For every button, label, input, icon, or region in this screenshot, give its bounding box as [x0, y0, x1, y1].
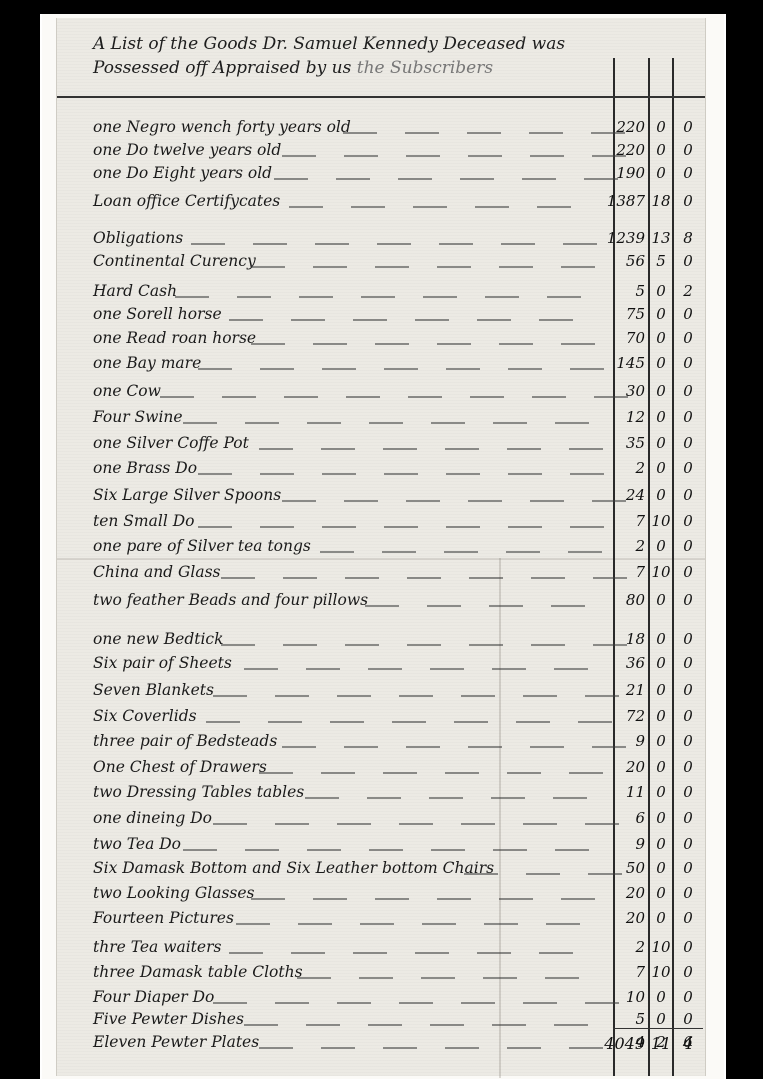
- item-pounds: 1387: [587, 192, 645, 210]
- filler-dash: [337, 1002, 371, 1004]
- list-item: One Chest of Drawers2000: [57, 758, 705, 782]
- filler-dash: [561, 266, 595, 268]
- item-shillings: 0: [650, 884, 672, 902]
- item-shillings: 0: [650, 141, 672, 159]
- title-line-2-faint: the Subscribers: [357, 58, 493, 78]
- item-shillings: 0: [650, 459, 672, 477]
- item-shillings: 0: [650, 909, 672, 927]
- filler-dash: [353, 952, 387, 954]
- filler-dash: [384, 473, 418, 475]
- filler-dash: [346, 396, 380, 398]
- filler-dash: [344, 746, 378, 748]
- filler-dash: [532, 396, 566, 398]
- item-label: one Read roan horse: [93, 329, 256, 347]
- filler-dash: [305, 797, 339, 799]
- filler-dash: [437, 266, 471, 268]
- item-shillings: 5: [650, 252, 672, 270]
- filler-dash: [461, 1002, 495, 1004]
- filler-dash: [251, 898, 285, 900]
- filler-dash: [306, 668, 340, 670]
- list-item: Hard Cash502: [57, 282, 705, 306]
- item-shillings: 0: [650, 382, 672, 400]
- item-label: Five Pewter Dishes: [93, 1010, 244, 1028]
- filler-dash: [492, 1024, 526, 1026]
- filler-dash: [568, 551, 602, 553]
- item-pence: 2: [677, 282, 699, 300]
- filler-dash: [284, 396, 318, 398]
- filler-dash: [430, 1024, 464, 1026]
- filler-dash: [236, 923, 270, 925]
- filler-dash: [405, 132, 439, 134]
- item-pence: 8: [677, 229, 699, 247]
- item-pounds: 80: [587, 591, 645, 609]
- filler-dash: [251, 343, 285, 345]
- total-rule: [613, 1028, 703, 1029]
- filler-dash: [593, 644, 627, 646]
- item-label: one Sorell horse: [93, 305, 222, 323]
- item-label: one new Bedtick: [93, 630, 224, 648]
- item-label: two feather Beads and four pillows: [93, 591, 368, 609]
- item-label: three pair of Bedsteads: [93, 732, 277, 750]
- filler-dash: [423, 296, 457, 298]
- filler-dash: [365, 605, 399, 607]
- item-pence: 0: [677, 486, 699, 504]
- filler-dash: [446, 473, 480, 475]
- title-line-2: Possessed off Appraised by us the Subscr…: [93, 56, 653, 80]
- filler-dash: [399, 1002, 433, 1004]
- filler-dash: [283, 644, 317, 646]
- filler-dash: [477, 319, 511, 321]
- filler-dash: [460, 178, 494, 180]
- filler-dash: [259, 448, 293, 450]
- filler-dash: [570, 473, 604, 475]
- item-label: one Cow: [93, 382, 161, 400]
- filler-dash: [229, 952, 263, 954]
- filler-dash: [484, 923, 518, 925]
- filler-dash: [191, 243, 225, 245]
- filler-dash: [592, 155, 626, 157]
- filler-dash: [413, 206, 447, 208]
- list-item: thre Tea waiters2100: [57, 938, 705, 962]
- filler-dash: [444, 551, 478, 553]
- filler-dash: [382, 551, 416, 553]
- filler-dash: [213, 695, 247, 697]
- filler-dash: [406, 746, 440, 748]
- filler-dash: [506, 551, 540, 553]
- item-label: one dineing Do: [93, 809, 212, 827]
- filler-dash: [461, 695, 495, 697]
- item-shillings: 0: [650, 783, 672, 801]
- list-item: two Looking Glasses2000: [57, 884, 705, 908]
- item-label: two Looking Glasses: [93, 884, 255, 902]
- filler-dash: [343, 132, 377, 134]
- item-pounds: 5: [587, 282, 645, 300]
- filler-dash: [407, 644, 441, 646]
- filler-dash: [183, 849, 217, 851]
- filler-dash: [367, 797, 401, 799]
- filler-dash: [299, 296, 333, 298]
- filler-dash: [260, 368, 294, 370]
- filler-dash: [260, 473, 294, 475]
- item-label: one Do twelve years old: [93, 141, 281, 159]
- item-shillings: 0: [650, 681, 672, 699]
- filler-dash: [470, 396, 504, 398]
- filler-dash: [206, 721, 240, 723]
- paper-sheet: A List of the Goods Dr. Samuel Kennedy D…: [56, 18, 706, 1076]
- filler-dash: [291, 952, 325, 954]
- list-item: two feather Beads and four pillows8000: [57, 591, 705, 615]
- item-label: Six pair of Sheets: [93, 654, 232, 672]
- item-shillings: 0: [650, 988, 672, 1006]
- list-item: one Cow3000: [57, 382, 705, 406]
- filler-dash: [282, 500, 316, 502]
- filler-dash: [322, 526, 356, 528]
- list-item: Loan office Certifycates1387180: [57, 192, 705, 216]
- filler-dash: [584, 178, 618, 180]
- list-item: one Sorell horse7500: [57, 305, 705, 329]
- list-item: Four Swine1200: [57, 408, 705, 432]
- filler-dash: [275, 695, 309, 697]
- item-shillings: 10: [650, 563, 672, 581]
- item-pounds: 56: [587, 252, 645, 270]
- filler-dash: [375, 266, 409, 268]
- filler-dash: [322, 368, 356, 370]
- filler-dash: [336, 178, 370, 180]
- filler-dash: [475, 206, 509, 208]
- filler-dash: [398, 178, 432, 180]
- list-item: three Damask table Cloths7100: [57, 963, 705, 987]
- item-pounds: 75: [587, 305, 645, 323]
- item-shillings: 13: [650, 229, 672, 247]
- item-shillings: 0: [650, 732, 672, 750]
- filler-dash: [437, 898, 471, 900]
- list-item: one new Bedtick1800: [57, 630, 705, 654]
- filler-dash: [392, 721, 426, 723]
- item-pence: 0: [677, 909, 699, 927]
- filler-dash: [275, 1002, 309, 1004]
- filler-dash: [469, 644, 503, 646]
- filler-dash: [344, 500, 378, 502]
- item-shillings: 0: [650, 305, 672, 323]
- filler-dash: [591, 132, 625, 134]
- filler-dash: [306, 1024, 340, 1026]
- item-shillings: 10: [650, 963, 672, 981]
- filler-dash: [468, 155, 502, 157]
- item-label: Six Damask Bottom and Six Leather bottom…: [93, 859, 494, 877]
- filler-dash: [530, 500, 564, 502]
- item-label: Fourteen Pictures: [93, 909, 234, 927]
- filler-dash: [431, 422, 465, 424]
- item-pounds: 11: [587, 783, 645, 801]
- item-label: two Tea Do: [93, 835, 181, 853]
- filler-dash: [368, 668, 402, 670]
- filler-dash: [508, 473, 542, 475]
- item-pounds: 7: [587, 963, 645, 981]
- filler-dash: [461, 823, 495, 825]
- item-shillings: 0: [650, 354, 672, 372]
- item-label: Six Large Silver Spoons: [93, 486, 281, 504]
- list-item: one dineing Do600: [57, 809, 705, 833]
- filler-dash: [439, 243, 473, 245]
- filler-dash: [307, 422, 341, 424]
- filler-dash: [198, 526, 232, 528]
- filler-dash: [446, 368, 480, 370]
- filler-dash: [383, 448, 417, 450]
- filler-dash: [508, 368, 542, 370]
- list-item: Six Damask Bottom and Six Leather bottom…: [57, 859, 705, 883]
- filler-dash: [383, 772, 417, 774]
- filler-dash: [555, 422, 589, 424]
- list-item: Continental Curency5650: [57, 252, 705, 276]
- list-item: Six pair of Sheets3600: [57, 654, 705, 678]
- item-label: two Dressing Tables tables: [93, 783, 304, 801]
- item-pounds: 5: [587, 1010, 645, 1028]
- item-shillings: 10: [650, 938, 672, 956]
- item-label: One Chest of Drawers: [93, 758, 267, 776]
- item-shillings: 0: [650, 835, 672, 853]
- filler-dash: [529, 132, 563, 134]
- list-item: Seven Blankets2100: [57, 681, 705, 705]
- filler-dash: [551, 605, 585, 607]
- filler-dash: [469, 577, 503, 579]
- item-pence: 0: [677, 758, 699, 776]
- filler-dash: [531, 577, 565, 579]
- item-pence: 0: [677, 537, 699, 555]
- filler-dash: [321, 772, 355, 774]
- filler-dash: [522, 178, 556, 180]
- filler-dash: [593, 577, 627, 579]
- document-title: A List of the Goods Dr. Samuel Kennedy D…: [93, 32, 653, 80]
- filler-dash: [569, 772, 603, 774]
- filler-dash: [361, 296, 395, 298]
- filler-dash: [585, 695, 619, 697]
- list-item: one Brass Do200: [57, 459, 705, 483]
- filler-dash: [468, 500, 502, 502]
- item-label: one Brass Do: [93, 459, 197, 477]
- item-label: one Silver Coffe Pot: [93, 434, 249, 452]
- item-pence: 0: [677, 434, 699, 452]
- filler-dash: [499, 343, 533, 345]
- filler-dash: [369, 422, 403, 424]
- filler-dash: [537, 206, 571, 208]
- item-pence: 0: [677, 859, 699, 877]
- filler-dash: [406, 500, 440, 502]
- item-pence: 0: [677, 459, 699, 477]
- filler-dash: [244, 1024, 278, 1026]
- item-label: ten Small Do: [93, 512, 194, 530]
- item-shillings: 0: [650, 329, 672, 347]
- filler-dash: [545, 977, 579, 979]
- filler-dash: [322, 473, 356, 475]
- filler-dash: [523, 1002, 557, 1004]
- list-item: Fourteen Pictures2000: [57, 909, 705, 933]
- filler-dash: [245, 422, 279, 424]
- filler-dash: [499, 898, 533, 900]
- filler-dash: [491, 797, 525, 799]
- item-pence: 0: [677, 164, 699, 182]
- filler-dash: [360, 923, 394, 925]
- filler-dash: [526, 873, 560, 875]
- item-pounds: 20: [587, 884, 645, 902]
- filler-dash: [313, 266, 347, 268]
- filler-dash: [251, 266, 285, 268]
- filler-dash: [421, 977, 455, 979]
- item-pence: 0: [677, 707, 699, 725]
- list-item: Six Coverlids7200: [57, 707, 705, 731]
- filler-dash: [213, 1002, 247, 1004]
- filler-dash: [555, 849, 589, 851]
- item-pence: 0: [677, 1010, 699, 1028]
- item-pence: 0: [677, 329, 699, 347]
- title-line-1: A List of the Goods Dr. Samuel Kennedy D…: [93, 34, 565, 54]
- item-pence: 0: [677, 938, 699, 956]
- filler-dash: [489, 605, 523, 607]
- item-shillings: 0: [650, 809, 672, 827]
- item-pence: 0: [677, 563, 699, 581]
- filler-dash: [516, 721, 550, 723]
- filler-dash: [399, 695, 433, 697]
- list-item: one Bay mare14500: [57, 354, 705, 378]
- item-shillings: 0: [650, 630, 672, 648]
- filler-dash: [344, 155, 378, 157]
- item-pence: 0: [677, 630, 699, 648]
- item-label: one Do Eight years old: [93, 164, 272, 182]
- list-item: one Silver Coffe Pot3500: [57, 434, 705, 458]
- total-shillings: 11: [650, 1034, 672, 1053]
- filler-dash: [493, 422, 527, 424]
- item-pence: 0: [677, 305, 699, 323]
- item-label: Continental Curency: [93, 252, 256, 270]
- list-item: Obligations1239138: [57, 229, 705, 253]
- filler-dash: [569, 448, 603, 450]
- filler-dash: [530, 155, 564, 157]
- item-shillings: 0: [650, 164, 672, 182]
- item-shillings: 0: [650, 859, 672, 877]
- filler-dash: [431, 849, 465, 851]
- filler-dash: [298, 923, 332, 925]
- item-pence: 0: [677, 988, 699, 1006]
- filler-dash: [554, 1024, 588, 1026]
- filler-dash: [297, 977, 331, 979]
- item-pence: 0: [677, 654, 699, 672]
- item-label: one Negro wench forty years old: [93, 118, 351, 136]
- filler-dash: [561, 343, 595, 345]
- filler-dash: [415, 319, 449, 321]
- filler-dash: [282, 155, 316, 157]
- filler-dash: [485, 296, 519, 298]
- filler-dash: [578, 721, 612, 723]
- filler-dash: [483, 977, 517, 979]
- filler-dash: [175, 296, 209, 298]
- filler-dash: [468, 746, 502, 748]
- item-pence: 0: [677, 252, 699, 270]
- filler-dash: [260, 526, 294, 528]
- item-shillings: 0: [650, 118, 672, 136]
- list-item: three pair of Bedsteads900: [57, 732, 705, 756]
- filler-dash: [291, 319, 325, 321]
- item-label: one pare of Silver tea tongs: [93, 537, 311, 555]
- filler-dash: [539, 319, 573, 321]
- item-shillings: 0: [650, 707, 672, 725]
- filler-dash: [221, 644, 255, 646]
- filler-dash: [585, 1002, 619, 1004]
- item-pounds: 20: [587, 909, 645, 927]
- filler-dash: [315, 243, 349, 245]
- filler-dash: [570, 526, 604, 528]
- list-item: ten Small Do7100: [57, 512, 705, 536]
- item-pence: 0: [677, 591, 699, 609]
- filler-dash: [430, 668, 464, 670]
- filler-dash: [507, 448, 541, 450]
- item-pence: 0: [677, 408, 699, 426]
- filler-dash: [553, 797, 587, 799]
- filler-dash: [283, 577, 317, 579]
- item-pence: 0: [677, 835, 699, 853]
- filler-dash: [415, 952, 449, 954]
- total-pounds: 4049: [587, 1034, 645, 1053]
- filler-dash: [244, 668, 278, 670]
- list-item: one pare of Silver tea tongs200: [57, 537, 705, 561]
- filler-dash: [429, 797, 463, 799]
- filler-dash: [585, 823, 619, 825]
- filler-dash: [253, 243, 287, 245]
- filler-dash: [320, 551, 354, 553]
- filler-dash: [427, 605, 461, 607]
- filler-dash: [445, 448, 479, 450]
- filler-dash: [229, 319, 263, 321]
- item-label: Hard Cash: [93, 282, 177, 300]
- filler-dash: [359, 977, 393, 979]
- filler-dash: [221, 577, 255, 579]
- filler-dash: [289, 206, 323, 208]
- item-label: China and Glass: [93, 563, 221, 581]
- filler-dash: [275, 823, 309, 825]
- item-pence: 0: [677, 884, 699, 902]
- item-label: Seven Blankets: [93, 681, 214, 699]
- document-page: A List of the Goods Dr. Samuel Kennedy D…: [40, 14, 726, 1079]
- item-label: thre Tea waiters: [93, 938, 221, 956]
- filler-dash: [407, 577, 441, 579]
- filler-dash: [384, 368, 418, 370]
- filler-dash: [546, 923, 580, 925]
- item-pence: 0: [677, 382, 699, 400]
- filler-dash: [222, 396, 256, 398]
- item-shillings: 0: [650, 1010, 672, 1028]
- filler-dash: [539, 952, 573, 954]
- filler-dash: [454, 721, 488, 723]
- total-row: 4049 11 4: [57, 1034, 705, 1058]
- item-shillings: 0: [650, 537, 672, 555]
- item-shillings: 0: [650, 758, 672, 776]
- list-item: two Dressing Tables tables1100: [57, 783, 705, 807]
- filler-dash: [561, 898, 595, 900]
- filler-dash: [554, 668, 588, 670]
- list-item: one Do Eight years old19000: [57, 164, 705, 188]
- filler-dash: [345, 644, 379, 646]
- filler-dash: [592, 500, 626, 502]
- list-item: one Do twelve years old22000: [57, 141, 705, 165]
- filler-dash: [213, 823, 247, 825]
- filler-dash: [592, 746, 626, 748]
- filler-dash: [351, 206, 385, 208]
- item-pence: 0: [677, 809, 699, 827]
- filler-dash: [313, 898, 347, 900]
- filler-dash: [477, 952, 511, 954]
- item-pence: 0: [677, 192, 699, 210]
- filler-dash: [274, 178, 308, 180]
- filler-dash: [245, 849, 279, 851]
- filler-dash: [530, 746, 564, 748]
